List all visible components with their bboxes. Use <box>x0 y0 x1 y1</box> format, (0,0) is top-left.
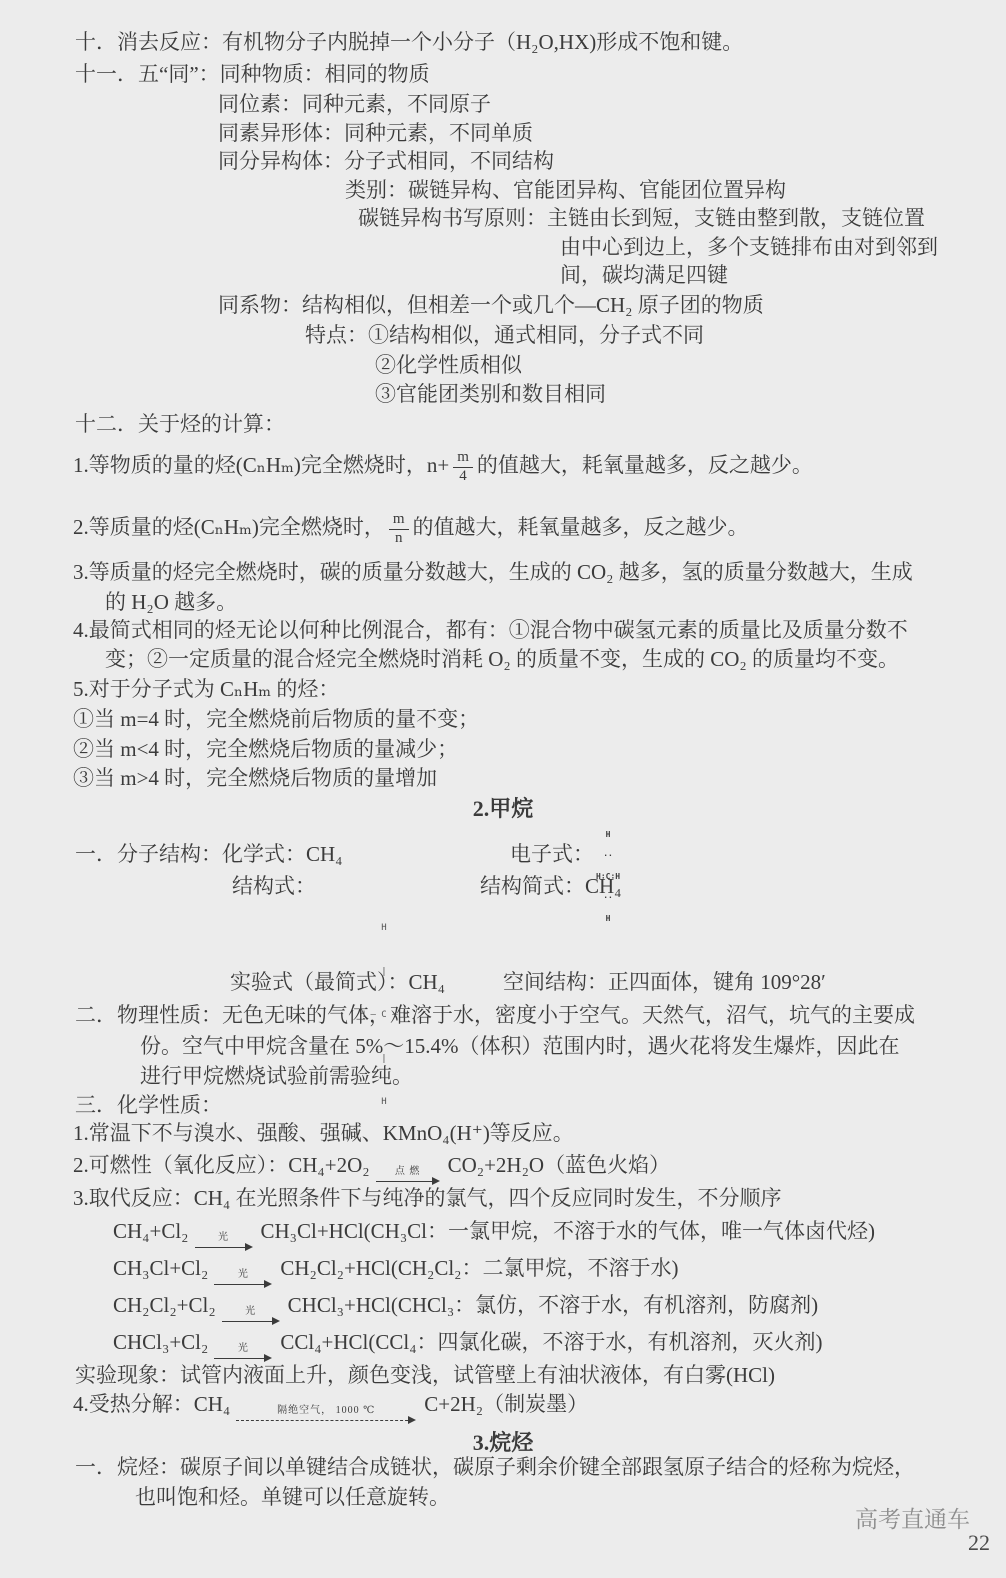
line-substitution-step-2: CH₃Cl+Cl₂光CH₂Cl₂+HCl(CH₂Cl₂：二氯甲烷，不溶于水) <box>113 1255 679 1289</box>
line-allotrope: 同素异形体：同种元素，不同单质 <box>218 120 533 146</box>
electron-dot-row: H <box>596 831 620 838</box>
fraction-numerator: m <box>389 512 409 530</box>
line-elimination-reaction: 十．消去反应：有机物分子内脱掉一个小分子（H₂O,HX)形成不饱和键。 <box>75 29 743 55</box>
step-lhs: CHCl₃+Cl₂ <box>113 1330 208 1354</box>
arrow-shaft <box>236 1416 416 1425</box>
line-substitution-step-1: CH₄+Cl₂光CH₃Cl+HCl(CH₃Cl：一氯甲烷，不溶于水的气体，唯一气… <box>113 1218 875 1252</box>
line-chain-rule-2: 由中心到边上，多个支链排布由对到邻到 <box>560 234 938 260</box>
line-calc-rule-5-3: ③当 m>4 时，完全燃烧后物质的量增加 <box>73 765 437 791</box>
line-five-sames: 十一．五“同”：同种物质：相同的物质 <box>75 61 430 87</box>
reaction-condition: 点 燃 <box>395 1166 421 1177</box>
fraction-m-over-4: m4 <box>453 450 473 485</box>
line-chain-rule-1: 碳链异构书写原则：主链由长到短，支链由整到散，支链位置 <box>358 205 925 231</box>
electron-dot-row: ·· <box>596 852 620 859</box>
arrow-shaft <box>195 1243 253 1252</box>
combustion-lhs: CH₄+2O₂ <box>288 1153 369 1177</box>
line-physical-3: 进行甲烷燃烧试验前需验纯。 <box>140 1063 413 1089</box>
line-homolog-feature-3: ③官能团类别和数目相同 <box>375 381 606 407</box>
reaction-arrow: 隔绝空气， 1000 ℃ <box>236 1405 416 1425</box>
step-lhs: CH₃Cl+Cl₂ <box>113 1256 208 1280</box>
line-physical-1: 二．物理性质：无色无味的气体，难溶于水，密度小于空气。天然气，沼气，坑气的主要成 <box>75 1002 915 1028</box>
line-substitution-step-4: CHCl₃+Cl₂光CCl₄+HCl(CCl₄：四氯化碳，不溶于水，有机溶剂，灭… <box>113 1329 823 1363</box>
structural-formula-row: H <box>322 1095 446 1110</box>
line-hydrocarbon-calc-head: 十二．关于烃的计算： <box>75 411 285 437</box>
label-structural-formula: 结构式： <box>232 873 316 899</box>
calc-rule-1-tail: 的值越大，耗氧量越多，反之越少。 <box>477 453 813 477</box>
reaction-arrow: 点 燃 <box>376 1166 440 1186</box>
heading-alkane: 3.烷烃 <box>0 1426 1006 1457</box>
decomposition-rhs: C+2H₂（制炭墨） <box>424 1392 588 1416</box>
line-condensed-formula: 结构简式：CH₄ <box>480 873 622 899</box>
line-calc-rule-5-2: ②当 m<4 时，完全燃烧后物质的量减少； <box>73 736 458 762</box>
arrow-shaft <box>214 1280 272 1289</box>
line-calc-rule-5-1: ①当 m=4 时，完全燃烧前后物质的量不变； <box>73 706 479 732</box>
document-page: 十．消去反应：有机物分子内脱掉一个小分子（H₂O,HX)形成不饱和键。 十一．五… <box>0 0 1006 1578</box>
reaction-condition: 光 <box>238 1343 249 1354</box>
line-substitution-step-3: CH₂Cl₂+Cl₂光CHCl₃+HCl(CHCl₃：氯仿，不溶于水，有机溶剂，… <box>113 1292 818 1326</box>
fraction-m-over-n: mn <box>389 512 409 547</box>
combustion-label: 2.可燃性（氧化反应）： <box>73 1153 288 1177</box>
step-rhs: CH₃Cl+HCl(CH₃Cl：一氯甲烷，不溶于水的气体，唯一气体卤代烃) <box>261 1219 876 1243</box>
line-homolog-feature-1: 特点：①结构相似，通式相同，分子式不同 <box>305 322 704 348</box>
arrow-shaft <box>222 1317 280 1326</box>
fraction-denominator: n <box>395 530 403 547</box>
reaction-condition: 隔绝空气， 1000 ℃ <box>277 1405 375 1416</box>
fraction-denominator: 4 <box>459 468 467 485</box>
line-combustion-reaction: 2.可燃性（氧化反应）：CH₄+2O₂点 燃CO₂+2H₂O（蓝色火焰） <box>73 1152 670 1186</box>
line-physical-2: 份。空气中甲烷含量在 5%～15.4%（体积）范围内时，遇火花将发生爆炸，因此在 <box>140 1033 899 1059</box>
step-lhs: CH₄+Cl₂ <box>113 1219 189 1243</box>
reaction-condition: 光 <box>238 1269 249 1280</box>
line-homolog-feature-2: ②化学性质相似 <box>375 352 522 378</box>
step-lhs: CH₂Cl₂+Cl₂ <box>113 1293 216 1317</box>
watermark-brand: 高考直通车 <box>855 1501 970 1534</box>
line-isomer-types: 类别：碳链异构、官能团异构、官能团位置异构 <box>345 177 786 203</box>
line-alkane-definition-1: 一．烷烃：碳原子间以单键结合成链状，碳原子剩余价键全部跟氢原子结合的烃称为烷烃， <box>75 1454 915 1480</box>
structural-formula-row: H <box>322 921 446 936</box>
reaction-arrow: 光 <box>214 1343 272 1363</box>
line-calc-rule-2: 2.等质量的烃(CₙHₘ)完全燃烧时，mn的值越大，耗氧量越多，反之越少。 <box>73 512 749 547</box>
line-thermal-decomposition: 4.受热分解：CH₄隔绝空气， 1000 ℃C+2H₂（制炭墨） <box>73 1391 588 1425</box>
heading-methane: 2.甲烷 <box>0 792 1006 823</box>
decomposition-lhs: CH₄ <box>194 1392 231 1416</box>
reaction-condition: 光 <box>218 1232 229 1243</box>
step-rhs: CHCl₃+HCl(CHCl₃：氯仿，不溶于水，有机溶剂，防腐剂) <box>288 1293 819 1317</box>
line-calc-rule-5: 5.对于分子式为 CₙHₘ 的烃： <box>73 676 339 702</box>
line-chain-rule-3: 间，碳均满足四键 <box>560 262 728 288</box>
step-rhs: CH₂Cl₂+HCl(CH₂Cl₂：二氯甲烷，不溶于水) <box>280 1256 678 1280</box>
reaction-arrow: 光 <box>214 1269 272 1289</box>
calc-rule-2-tail: 的值越大，耗氧量越多，反之越少。 <box>413 515 749 539</box>
page-number: 22 <box>968 1530 990 1556</box>
decomposition-label: 4.受热分解： <box>73 1392 194 1416</box>
line-isotope: 同位素：同种元素，不同原子 <box>218 91 491 117</box>
electron-dot-row: H <box>596 915 620 922</box>
reaction-arrow: 光 <box>195 1232 253 1252</box>
fraction-numerator: m <box>453 450 473 468</box>
combustion-rhs: CO₂+2H₂O（蓝色火焰） <box>448 1153 671 1177</box>
line-molecular-structure: 一．分子结构：化学式：CH₄ <box>75 841 343 867</box>
line-substitution-intro: 3.取代反应：CH₄ 在光照条件下与纯净的氯气，四个反应同时发生，不分顺序 <box>73 1185 782 1211</box>
line-alkane-definition-2: 也叫饱和烃。单键可以任意旋转。 <box>135 1484 450 1510</box>
line-experiment-phenomenon: 实验现象：试管内液面上升，颜色变浅，试管壁上有油状液体，有白雾(HCl) <box>75 1362 775 1388</box>
line-chemical-1: 1.常温下不与溴水、强酸、强碱、KMnO₄(H⁺)等反应。 <box>73 1120 574 1146</box>
line-empirical-formula: 实验式（最简式）：CH₄ <box>230 969 445 995</box>
line-calc-rule-1: 1.等物质的量的烃(CₙHₘ)完全燃烧时，n+m4的值越大，耗氧量越多，反之越少… <box>73 450 813 485</box>
calc-rule-1-text: 1.等物质的量的烃(CₙHₘ)完全燃烧时，n+ <box>73 453 449 477</box>
line-homolog: 同系物：结构相似，但相差一个或几个—CH₂ 原子团的物质 <box>218 292 764 318</box>
line-spatial-structure: 空间结构：正四面体，键角 109°28′ <box>503 969 826 995</box>
label-electron-formula: 电子式： <box>510 841 594 867</box>
line-calc-rule-3a: 3.等质量的烃完全燃烧时，碳的质量分数越大，生成的 CO₂ 越多，氢的质量分数越… <box>73 559 913 585</box>
reaction-condition: 光 <box>245 1306 256 1317</box>
calc-rule-2-text: 2.等质量的烃(CₙHₘ)完全燃烧时， <box>73 515 385 539</box>
reaction-arrow: 光 <box>222 1306 280 1326</box>
line-calc-rule-3b: 的 H₂O 越多。 <box>105 589 237 615</box>
line-calc-rule-4b: 变；②一定质量的混合烃完全燃烧时消耗 O₂ 的质量不变，生成的 CO₂ 的质量均… <box>105 646 899 672</box>
line-chemical-head: 三．化学性质： <box>75 1092 222 1118</box>
line-isomer: 同分异构体：分子式相同，不同结构 <box>218 148 554 174</box>
step-rhs: CCl₄+HCl(CCl₄：四氯化碳，不溶于水，有机溶剂，灭火剂) <box>280 1330 822 1354</box>
line-calc-rule-4a: 4.最简式相同的烃无论以何种比例混合，都有：①混合物中碳氢元素的质量比及质量分数… <box>73 617 908 643</box>
